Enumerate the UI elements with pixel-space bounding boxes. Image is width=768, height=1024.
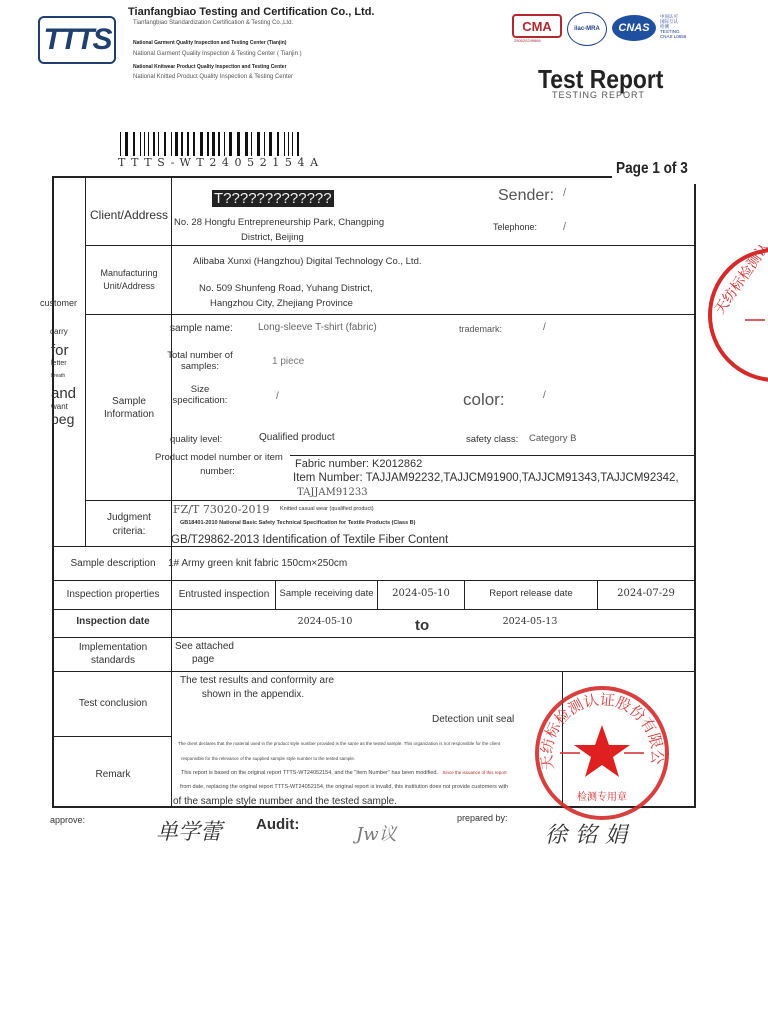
sample-info-label: SampleInformation xyxy=(88,396,170,420)
cma-number: 250020249666 xyxy=(514,38,541,43)
partial-page-seal: 天纺标检测认 xyxy=(705,245,768,385)
page-indicator: Page 1 of 3 xyxy=(616,160,688,178)
release-date-label: Report release date xyxy=(465,588,597,599)
side-note: letter xyxy=(51,360,67,367)
item-number: Item Number: TAJJAM92232,TAJJCM91900,TAJ… xyxy=(293,472,679,484)
telephone-value: / xyxy=(563,221,566,233)
client-name: T????????????? xyxy=(212,190,334,207)
company-line: National Knitted Product Quality Inspect… xyxy=(133,74,293,80)
company-name: Tianfangbiao Testing and Certification C… xyxy=(128,6,375,18)
safety-class: Category B xyxy=(529,433,577,444)
implementation-standards: See attachedpage xyxy=(175,641,234,665)
manufacturer-address-line2: Hangzhou City, Zhejiang Province xyxy=(210,298,353,309)
trademark-value: / xyxy=(543,322,546,333)
size-spec-label: Sizespecification: xyxy=(165,384,235,406)
telephone-label: Telephone: xyxy=(493,222,537,232)
remark-line: The client declares that the material us… xyxy=(178,741,500,746)
company-logo: TTTS xyxy=(38,16,116,64)
color-label: color: xyxy=(463,390,505,410)
remark-label: Remark xyxy=(55,769,171,780)
report-subtitle: TESTING REPORT xyxy=(552,90,645,100)
side-note: beg xyxy=(51,411,74,427)
side-note: customer xyxy=(40,298,77,308)
side-note: want xyxy=(51,402,68,411)
audit-signature: Jw议 xyxy=(356,820,397,846)
size-spec: / xyxy=(276,391,279,402)
sample-description: 1# Army green knit fabric 150cm×250cm xyxy=(168,558,347,569)
client-label: Client/Address xyxy=(90,208,168,222)
inspection-properties: Entrusted inspection xyxy=(173,589,275,600)
manufacturer-name: Alibaba Xunxi (Hangzhou) Digital Technol… xyxy=(193,256,422,267)
side-note: breath xyxy=(51,373,65,379)
total-samples: 1 piece xyxy=(272,356,304,367)
sender-label: Sender: xyxy=(498,187,554,205)
receiving-date: 2024-05-10 xyxy=(378,588,464,599)
judgment-label: Judgmentcriteria: xyxy=(88,512,170,537)
client-address-line2: District, Beijing xyxy=(241,232,304,243)
ilac-mra-logo: ilac-MRA xyxy=(567,12,607,46)
test-conclusion: The test results and conformity areshown… xyxy=(180,675,326,700)
approve-label: approve: xyxy=(50,815,85,825)
fabric-number: Fabric number: K2012862 xyxy=(295,458,422,470)
trademark-label: trademark: xyxy=(459,324,502,334)
safety-class-label: safety class: xyxy=(466,434,518,445)
remark-line: This report is based on the original rep… xyxy=(181,770,507,776)
sample-name: Long-sleeve T-shirt (fabric) xyxy=(258,322,377,333)
judgment-code: FZ/T 73020-2019 xyxy=(173,503,270,516)
manufacturer-address-line1: No. 509 Shunfeng Road, Yuhang District, xyxy=(199,283,373,294)
official-seal: 天纺标检测认证股份有限公司 检测专用章 xyxy=(532,683,672,823)
client-address-line1: No. 28 Hongfu Entrepreneurship Park, Cha… xyxy=(174,217,384,228)
judgment-standard-3: GB/T29862-2013 Identification of Textile… xyxy=(171,534,448,546)
company-line: National Knitwear Product Quality Inspec… xyxy=(133,64,287,70)
cnas-subtext: 中国认可 国际互认 检测 TESTING CNAS L0658 xyxy=(660,14,700,39)
inspection-date-from: 2024-05-10 xyxy=(275,616,375,627)
release-date: 2024-07-29 xyxy=(598,588,694,599)
prepared-by-label: prepared by: xyxy=(457,813,508,823)
cma-logo: CMA xyxy=(512,14,562,38)
inspection-date-to-word: to xyxy=(415,617,429,634)
quality-level: Qualified product xyxy=(259,432,335,443)
audit-label: Audit: xyxy=(256,816,299,833)
company-line: National Garment Quality Inspection & Te… xyxy=(133,51,302,57)
receiving-date-label: Sample receiving date xyxy=(276,588,377,599)
judgment-desc: Knitted casual wear (qualified product) xyxy=(280,506,374,512)
sample-description-label: Sample description xyxy=(55,558,171,569)
inspection-date-to: 2024-05-13 xyxy=(480,616,580,627)
svg-text:检测专用章: 检测专用章 xyxy=(577,790,627,803)
manufacturer-label: ManufacturingUnit/Address xyxy=(88,268,170,291)
cnas-logo: CNAS xyxy=(612,15,656,41)
remark-line: from date, replacing the original report… xyxy=(180,784,508,790)
inspection-properties-label: Inspection properties xyxy=(55,589,171,600)
sample-name-label: sample name: xyxy=(170,323,233,334)
side-note: carry xyxy=(50,327,68,336)
company-line: National Garment Quality Inspection and … xyxy=(133,40,286,46)
report-number: TTTS-WT24052154A xyxy=(118,156,324,169)
barcode xyxy=(120,132,300,156)
test-conclusion-label: Test conclusion xyxy=(55,698,171,709)
remark-line: of the sample style number and the teste… xyxy=(173,796,397,807)
sender-value: / xyxy=(563,187,566,199)
judgment-standard-2: GB18401-2010 National Basic Safety Techn… xyxy=(180,520,415,526)
approve-signature: 单学蕾 xyxy=(156,815,222,846)
side-note: for xyxy=(51,342,69,359)
item-number-cont: TAJJAM91233 xyxy=(297,487,368,498)
total-samples-label: Total number ofsamples: xyxy=(165,350,235,372)
detection-unit-seal-label: Detection unit seal xyxy=(432,714,514,725)
implementation-standards-label: Implementationstandards xyxy=(55,642,171,666)
quality-level-label: quality level: xyxy=(170,434,222,445)
company-line: Tianfangbiao Standardization Certificati… xyxy=(133,20,293,26)
model-number-label: Product model number or itemnumber: xyxy=(155,452,280,477)
inspection-date-label: Inspection date xyxy=(55,616,171,627)
color-value: / xyxy=(543,390,546,401)
remark-line: responsible for the relevance of the sup… xyxy=(181,756,355,761)
side-note: and xyxy=(51,385,76,402)
